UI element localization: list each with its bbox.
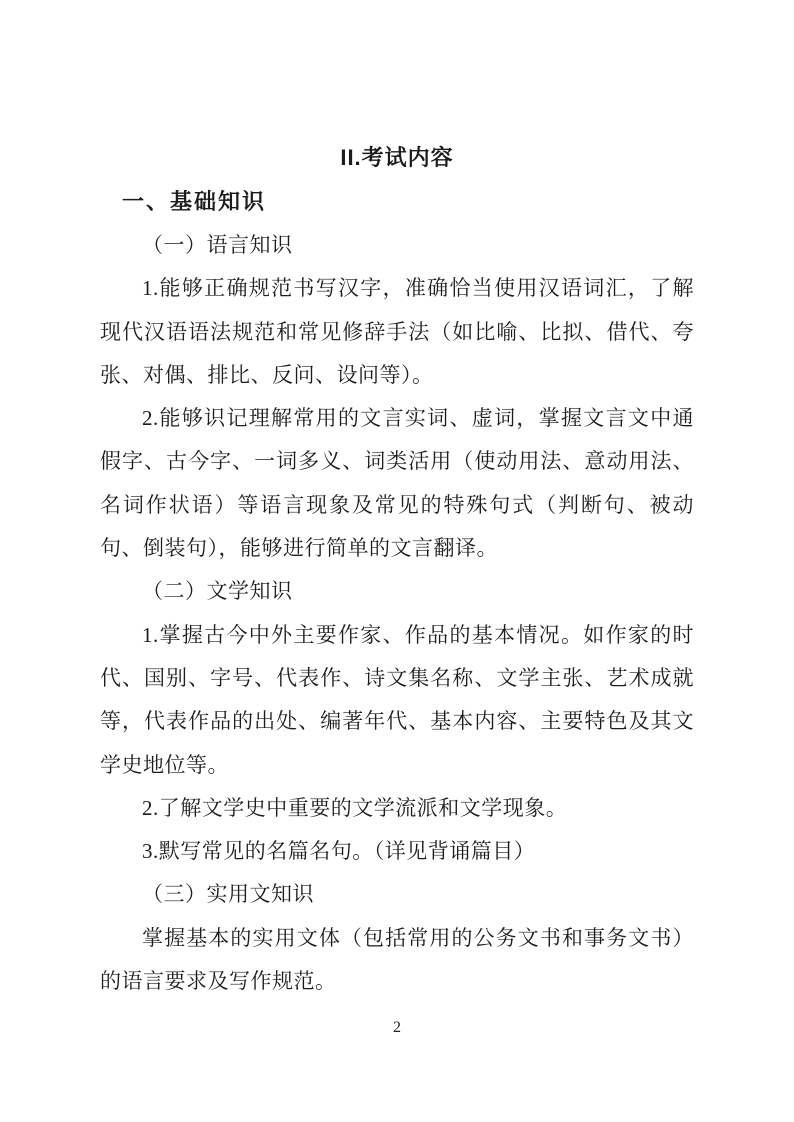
paragraph: 掌握基本的实用文体（包括常用的公务文书和事务文书）的语言要求及写作规范。 [100,917,694,1004]
paragraph: 2.能够识记理解常用的文言实词、虚词，掌握文言文中通假字、古今字、一词多义、词类… [100,397,694,570]
section-heading: 一、基础知识 [122,180,694,224]
paragraph: 1.掌握古今中外主要作家、作品的基本情况。如作家的时代、国别、字号、代表作、诗文… [100,614,694,787]
paragraph: 3.默写常见的名篇名句。（详见背诵篇目） [100,830,694,873]
paragraph: 2.了解文学史中重要的文学流派和文学现象。 [100,787,694,830]
page-title: II.考试内容 [100,136,694,180]
paragraph: 1.能够正确规范书写汉字，准确恰当使用汉语词汇，了解现代汉语语法规范和常见修辞手… [100,267,694,397]
subsection-heading-1: （一）语言知识 [100,224,694,267]
subsection-heading-2: （二）文学知识 [100,570,694,613]
page-content: II.考试内容 一、基础知识 （一）语言知识 1.能够正确规范书写汉字，准确恰当… [100,136,694,1003]
subsection-heading-3: （三）实用文知识 [100,873,694,916]
document-page: II.考试内容 一、基础知识 （一）语言知识 1.能够正确规范书写汉字，准确恰当… [0,0,794,1122]
page-number: 2 [0,1019,794,1037]
